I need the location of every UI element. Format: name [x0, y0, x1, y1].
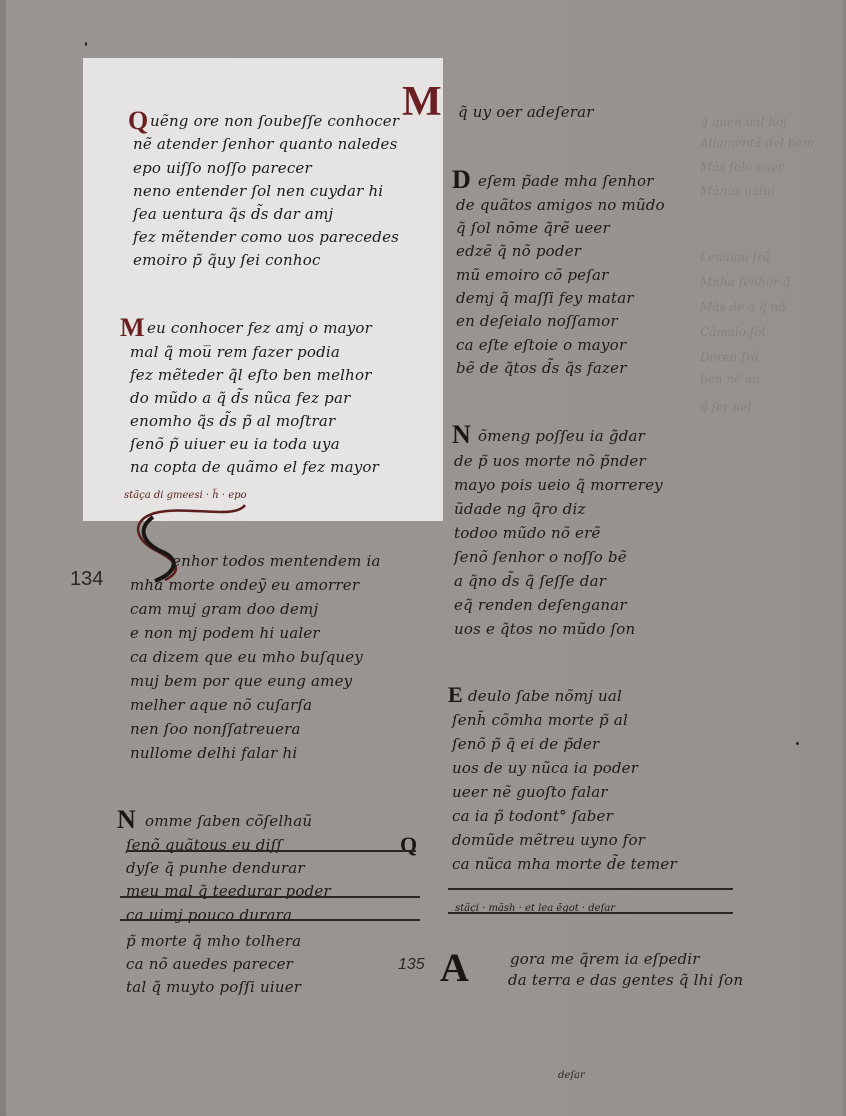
- folio-number-left: 134: [70, 568, 103, 591]
- verse-line: ca nũca mha morte d̃e temer: [452, 855, 677, 873]
- verse-line: a q̃no d̃s q̃ ſeſſe dar: [454, 572, 606, 590]
- verse-line: demj q̃ maſſi fey matar: [456, 289, 634, 307]
- verse-line: nen ſoo nonſſatreuera: [130, 720, 301, 738]
- verse-line: q̃ ſol nõme q̃rẽ ueer: [456, 219, 610, 237]
- initial-d: D: [452, 165, 471, 195]
- verse-line: ũdade ng q̃ro diz: [454, 500, 586, 518]
- initial-n: N: [117, 805, 136, 835]
- verse-line: do mũdo a q̃ d̃s nũca fez par: [130, 389, 350, 407]
- verse-line: mayo pois ueio q̃ morrerey: [454, 476, 663, 494]
- bleed-through-text: q̃ quen ual hoj: [700, 115, 787, 129]
- verse-line: fez mẽteder q̃l eſto ben melhor: [130, 366, 372, 384]
- verse-line: nẽ atender ſenhor quanto naledes: [133, 135, 398, 153]
- verse-line: eu conhocer fez amj o mayor: [147, 319, 372, 337]
- verse-line: bẽ de q̃tos d̃s q̃s fazer: [456, 359, 627, 377]
- verse-line: ca dizem que eu mho buſquey: [130, 648, 363, 666]
- bleed-through-text: ben nẽ au: [700, 372, 760, 386]
- verse-line: todoo mũdo nõ erẽ: [454, 524, 601, 542]
- manuscript-page: q̃ quen ual hoj Allamentã del bem Mãs ſo…: [0, 0, 846, 1116]
- ruling-line: [448, 912, 733, 914]
- verse-line: muj bem por que eung amey: [130, 672, 352, 690]
- verse-line: uos de uy nũca ia poder: [452, 759, 638, 777]
- verse-line: õmeng poſſeu ia g̃dar: [478, 427, 645, 445]
- bleed-through-text: Mãs de a q̃ nõ: [700, 300, 785, 314]
- verse-line: uos e q̃tos no mũdo ſon: [454, 620, 635, 638]
- verse-line: da terra e das gentes q̃ lhi ſon: [508, 971, 743, 989]
- verse-line: ca uimj pouco durara: [126, 906, 292, 924]
- bleed-through-text: Mnha ſenhor q̃: [700, 275, 790, 289]
- verse-line: cam muj gram doo demj: [130, 600, 318, 618]
- margin-initial-q: Q: [400, 832, 417, 858]
- bleed-through-text: Leuaiou ſrã: [700, 250, 770, 264]
- verse-line: eq̃ renden deſenganar: [454, 596, 627, 614]
- verse-line: fez mẽtender como uos parecedes: [133, 228, 399, 246]
- verse-line: ca ia p̃ todont° ſaber: [452, 807, 613, 825]
- verse-line: nullome delhi falar hi: [130, 744, 297, 762]
- verse-line: melher aque nõ cuſarſa: [130, 696, 312, 714]
- verse-line: ſenõ p̃ q̃ ei de p̃der: [452, 735, 599, 753]
- initial-s-flourish-icon: [125, 495, 255, 585]
- initial-e: E: [448, 682, 463, 708]
- bleed-through-text: Doren ſrã: [700, 350, 759, 364]
- verse-line: emoiro p̃ q̃uy ſei conhoc: [133, 251, 321, 269]
- verse-line: domũde mẽtreu uyno for: [452, 831, 645, 849]
- verse-line: de p̃ uos morte nõ p̃nder: [454, 452, 646, 470]
- ink-spot: [85, 42, 87, 46]
- bleed-through-text: Cãmalo ſol: [700, 325, 765, 339]
- initial-m: M: [120, 313, 145, 343]
- ruling-line: [126, 850, 416, 852]
- verse-line: ca nõ auedes parecer: [126, 955, 293, 973]
- page-edge-left: [0, 0, 6, 1116]
- bleed-through-text: Mãs ſolo ouer: [700, 160, 784, 174]
- verse-line: tal q̃ muyto poſſi uiuer: [126, 978, 301, 996]
- ruling-line: [120, 896, 420, 898]
- verse-line: q̃ uy oer adeſerar: [458, 103, 594, 121]
- verse-line: de quãtos amigos no mũdo: [456, 196, 665, 214]
- verse-line: ueer nẽ guoſto falar: [452, 783, 608, 801]
- ink-spot: [796, 742, 799, 745]
- verse-line: uẽng ore non ſoubeſſe conhocer: [150, 112, 399, 130]
- initial-q: Q: [128, 106, 148, 136]
- ruling-line: [120, 919, 420, 921]
- verse-line: e non mj podem hi ualer: [130, 624, 320, 642]
- verse-line: dyſe q̃ punhe dendurar: [126, 859, 305, 877]
- verse-line: ſea uentura q̃s d̃s dar amj: [133, 205, 333, 223]
- verse-line: enomho q̃s d̃s p̃ al moſtrar: [130, 412, 335, 430]
- verse-line: enhor todos mentendem ia: [172, 552, 381, 570]
- initial-a-large: A: [440, 944, 469, 991]
- initial-m-large: M: [402, 78, 442, 126]
- initial-n: N: [452, 420, 471, 450]
- verse-line: gora me q̃rem ia eſpedir: [510, 950, 700, 968]
- verse-line: ſenh̃ cõmha morte p̃ al: [452, 711, 628, 729]
- verse-line: ſenõ ſenhor o noſſo bẽ: [454, 548, 627, 566]
- verse-line: mha morte ondeỹ eu amorrer: [130, 576, 359, 594]
- verse-line: en deſeialo noſſamor: [456, 312, 618, 330]
- verse-line: edzẽ q̃ nõ poder: [456, 242, 581, 260]
- verse-line: ſenõ p̃ uiuer eu ia toda uya: [130, 435, 340, 453]
- verse-line: epo uiſſo noſſo parecer: [133, 159, 312, 177]
- bleed-through-text: Mãnos ualui: [700, 184, 775, 198]
- verse-line: neno entender ſol nen cuydar hi: [133, 182, 383, 200]
- ruling-line: [448, 888, 733, 890]
- verse-line: ca eſte eſtoie o mayor: [456, 336, 626, 354]
- verse-line: mal q̃ mou̅ rem fazer podia: [130, 343, 340, 361]
- verse-line: mũ emoiro cõ peſar: [456, 266, 609, 284]
- bleed-through-text: Allamentã del bem: [700, 136, 814, 150]
- verse-line: p̃ morte q̃ mho tolhera: [126, 932, 301, 950]
- verse-line: eſem p̃ade mha ſenhor: [478, 172, 654, 190]
- verse-line: deulo ſabe nõmj ual: [468, 687, 622, 705]
- footer-catchword: deſar: [558, 1070, 585, 1081]
- bleed-through-text: q̃ ſer uel: [700, 400, 751, 414]
- verse-line: omme ſaben cõſelhaũ: [145, 812, 312, 830]
- verse-line: na copta de quãmo el fez mayor: [130, 458, 379, 476]
- folio-number-right: 135: [398, 956, 425, 974]
